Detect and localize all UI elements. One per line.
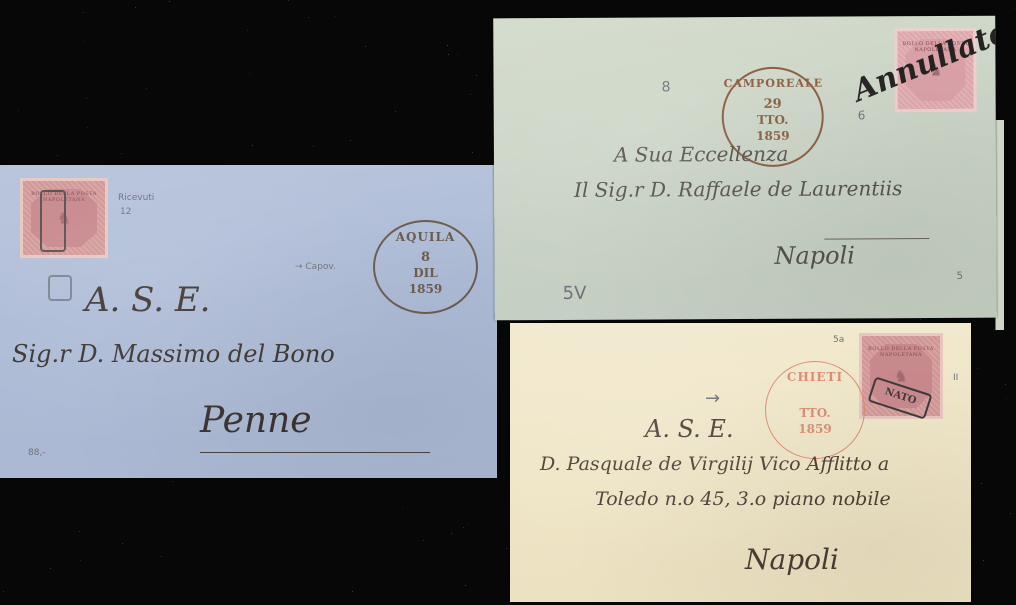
address-line-3: Napoli bbox=[774, 241, 855, 269]
address-line-1: A. S. E. bbox=[85, 280, 211, 320]
address-underline bbox=[200, 452, 430, 453]
address-line-3: Penne bbox=[200, 400, 312, 441]
stamp-legend: BOLLO DELLA POSTA NAPOLETANA bbox=[862, 346, 940, 358]
cover-camporeale: BOLLO DELLA POSTA NAPOLETANA ♞ Annullato… bbox=[493, 16, 997, 321]
annullato-cancel bbox=[40, 190, 66, 252]
address-line-2: D. Pasquale de Virgilij Vico Afflitto a bbox=[540, 453, 889, 475]
postmark-chieti: CHIETI TTO. 1859 bbox=[765, 361, 865, 459]
annullato-cancel-secondary bbox=[48, 275, 72, 301]
cover-chieti: BOLLO DELLA POSTA NAPOLETANA ♞ NATO CHIE… bbox=[510, 323, 971, 602]
cover-aquila: BOLLO DELLA POSTA NAPOLETANA ♞ Ricevuti … bbox=[0, 165, 497, 478]
postmark-aquila: AQUILA 8 DIL 1859 bbox=[373, 220, 478, 314]
pencil-note: 6 bbox=[858, 108, 866, 122]
address-line-2: Il Sig.r D. Raffaele de Laurentiis bbox=[574, 176, 902, 202]
pencil-note: → Capov. bbox=[295, 262, 336, 272]
address-underline bbox=[824, 238, 929, 240]
pencil-note: II bbox=[953, 373, 958, 383]
address-line-1: A Sua Eccellenza bbox=[614, 142, 789, 167]
pencil-note: Ricevuti bbox=[118, 193, 154, 203]
pencil-note: 12 bbox=[120, 207, 131, 217]
address-line-1: A. S. E. bbox=[645, 415, 734, 443]
address-line-4: Napoli bbox=[745, 543, 839, 576]
pencil-note: 88,- bbox=[28, 448, 46, 458]
address-line-3: Toledo n.o 45, 3.o piano nobile bbox=[595, 488, 891, 510]
pencil-note: 8 bbox=[662, 79, 671, 95]
pencil-note: 5 bbox=[957, 271, 963, 282]
pencil-note: 5V bbox=[563, 283, 587, 304]
address-line-2: Sig.r D. Massimo del Bono bbox=[12, 340, 335, 368]
pencil-note: 5a bbox=[833, 335, 844, 345]
pencil-note: → bbox=[705, 388, 720, 409]
